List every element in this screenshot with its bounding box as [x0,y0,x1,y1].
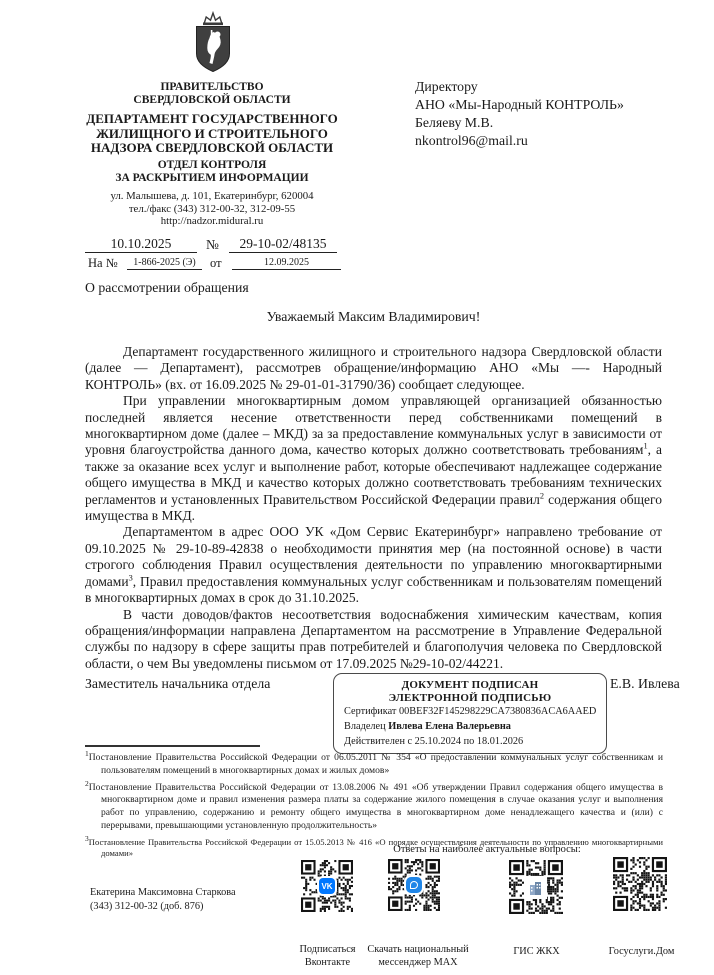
letterhead-phone: тел./факс (343) 312-00-32, 312-09-55 [62,203,362,216]
reply-to-label: На № [88,256,118,271]
owner-label: Владелец [344,721,386,732]
e-signature-stamp: ДОКУМЕНТ ПОДПИСАН ЭЛЕКТРОННОЙ ПОДПИСЬЮ С… [333,673,607,754]
body-paragraph: Департаментом в адрес ООО УК «Дом Сервис… [85,524,662,606]
department-line: НАДЗОРА СВЕРДЛОВСКОЙ ОБЛАСТИ [62,141,362,156]
department-line: ДЕПАРТАМЕНТ ГОСУДАРСТВЕННОГО [62,112,362,127]
letter-date: 10.10.2025 [85,236,197,253]
certificate-label: Сертификат [344,706,396,717]
letterhead-government: ПРАВИТЕЛЬСТВО СВЕРДЛОВСКОЙ ОБЛАСТИ [62,81,362,107]
letterhead-gov-line2: СВЕРДЛОВСКОЙ ОБЛАСТИ [62,94,362,107]
letterhead-contacts: ул. Малышева, д. 101, Екатеринбург, 6200… [62,190,362,228]
footnote-divider [85,745,260,747]
body-paragraph: В части доводов/фактов несоответствия во… [85,607,662,673]
letterhead-department: ДЕПАРТАМЕНТ ГОСУДАРСТВЕННОГО ЖИЛИЩНОГО И… [62,112,362,156]
signer-name: Е.В. Ивлева [610,676,680,692]
stamp-title: ДОКУМЕНТ ПОДПИСАН ЭЛЕКТРОННОЙ ПОДПИСЬЮ [344,679,596,705]
letter-subject: О рассмотрении обращения [85,280,249,296]
gis-zhkh-building-icon [526,878,545,897]
qr-section-header: Ответы на наиболее актуальные вопросы: [337,844,637,855]
qr-label-max: Скачать национальный мессенджер MAX [347,944,489,969]
letterhead-website: http://nadzor.midural.ru [62,215,362,228]
recipient-line: АНО «Мы-Народный КОНТРОЛЬ» [415,96,624,114]
qr-label-line: ГИС ЖКХ [494,946,579,959]
letterhead-gov-line1: ПРАВИТЕЛЬСТВО [62,81,362,94]
unit-line: ЗА РАСКРЫТИЕМ ИНФОРМАЦИИ [62,172,362,185]
footnote-1: 1Постановление Правительства Российской … [85,752,663,778]
qr-label-gis-zhkh: ГИС ЖКХ [494,946,579,959]
letterhead-address: ул. Малышева, д. 101, Екатеринбург, 6200… [62,190,362,203]
recipient-line: Беляеву М.В. [415,114,624,132]
qr-label-line: мессенджер MAX [347,957,489,970]
certificate-value: 00BEF32F145298229CA7380836ACA6AAED [399,706,596,717]
letter-number: 29-10-02/48135 [229,236,337,253]
incoming-number: 1-866-2025 (Э) [127,255,202,270]
number-sign: № [206,237,219,253]
from-label: от [210,256,222,271]
stamp-title-line: ЭЛЕКТРОННОЙ ПОДПИСЬЮ [344,692,596,705]
qr-label-gosuslugi-dom: Госуслуги.Дом [594,946,689,959]
body-paragraph: Департамент государственного жилищного и… [85,344,662,393]
coat-of-arms-sverdlovsk-icon [189,10,237,76]
owner-name: Ивлева Елена Валерьевна [388,721,511,732]
executor-name: Екатерина Максимовна Старкова [90,886,236,900]
executor-contact: Екатерина Максимовна Старкова (343) 312-… [90,886,236,913]
unit-line: ОТДЕЛ КОНТРОЛЯ [62,159,362,172]
official-letter-page: ПРАВИТЕЛЬСТВО СВЕРДЛОВСКОЙ ОБЛАСТИ ДЕПАР… [0,0,714,975]
vk-logo-icon: VK [319,878,335,894]
stamp-title-line: ДОКУМЕНТ ПОДПИСАН [344,679,596,692]
letterhead-unit: ОТДЕЛ КОНТРОЛЯ ЗА РАСКРЫТИЕМ ИНФОРМАЦИИ [62,159,362,185]
qr-code-gosuslugi-dom [613,857,667,911]
body-text: Департамент государственного жилищного и… [85,344,662,672]
qr-label-line: Госуслуги.Дом [594,946,689,959]
body-paragraph: При управлении многоквартирным домом упр… [85,393,662,524]
signer-position: Заместитель начальника отдела [85,676,270,692]
footnote-2: 2Постановление Правительства Российской … [85,782,663,833]
incoming-date: 12.09.2025 [232,255,341,270]
recipient-line: nkontrol96@mail.ru [415,132,624,150]
salutation: Уважаемый Максим Владимирович! [85,309,662,325]
recipient-block: ДиректоруАНО «Мы-Народный КОНТРОЛЬ»Беляе… [415,78,624,150]
department-line: ЖИЛИЩНОГО И СТРОИТЕЛЬНОГО [62,127,362,142]
qr-label-line: Скачать национальный [347,944,489,957]
executor-phone: (343) 312-00-32 (доб. 876) [90,900,236,914]
max-messenger-icon [406,877,422,893]
stamp-owner: Владелец Ивлева Елена Валерьевна [344,720,596,735]
stamp-validity: Действителен с 25.10.2024 по 18.01.2026 [344,735,596,750]
stamp-certificate: Сертификат 00BEF32F145298229CA7380836ACA… [344,705,596,720]
recipient-line: Директору [415,78,624,96]
